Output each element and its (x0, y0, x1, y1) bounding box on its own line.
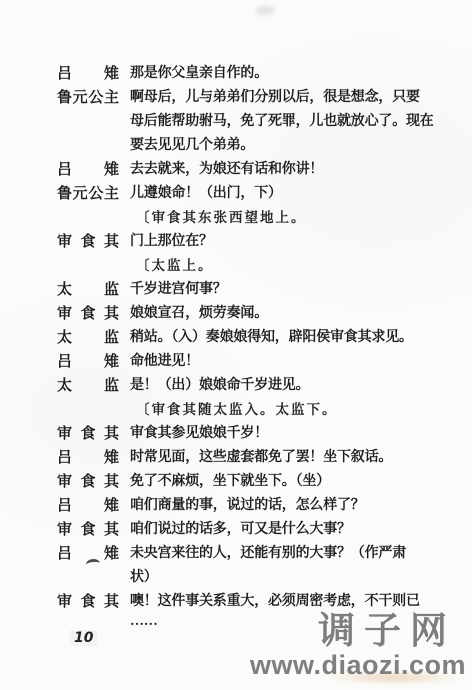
watermark-site-name: 调子网 (318, 612, 456, 649)
continuation-text: 母后能帮助驸马，免了死罪，儿也就放心了。现在 (130, 110, 434, 130)
watermark-site-url: www.diaozi.com (250, 652, 466, 679)
script-line: 审食其 审食其参见娘娘千岁！ (0, 422, 434, 446)
script-line: 吕雉 未央宫来往的人，还能有别的大事？（作严肃 (0, 542, 434, 566)
speaker-name: 审食其 (57, 518, 119, 539)
dialogue-text: 啊母后，儿与弟弟们分别以后，很是想念，只要 (130, 86, 420, 106)
script-line: 吕雉 那是你父皇亲自作的。 (0, 62, 434, 86)
script-line: 要去见见几个弟弟。 (0, 134, 434, 158)
dialogue-text: 去去就来，为娘还有话和你讲！ (130, 158, 323, 178)
speaker-name: 太监 (57, 374, 119, 395)
dialogue-text: 咱们商量的事，说过的话，怎么样了？ (130, 494, 365, 514)
speaker-name: 审食其 (57, 470, 119, 491)
script-line: 吕雉 命他进见！ (0, 350, 434, 374)
dialogue-text: 命他进见！ (130, 350, 199, 370)
script-line: 审食其 免了不麻烦，坐下就坐下。（坐） (0, 470, 434, 494)
speaker-name: 吕雉 (57, 446, 119, 467)
script-line: 鲁元公主 啊母后，儿与弟弟们分别以后，很是想念，只要 (0, 86, 434, 110)
speaker-name: 审食其 (57, 590, 119, 611)
script-line: 母后能帮助驸马，免了死罪，儿也就放心了。现在 (0, 110, 434, 134)
continuation-text: 状） (130, 566, 158, 586)
script-line: 〔太监上。 (0, 254, 434, 278)
speaker-name: 审食其 (57, 302, 119, 323)
dialogue-text: 噢！这件事关系重大，必须周密考虑，不干则已 (130, 590, 420, 610)
dialogue-text: 是！（出）娘娘命千岁进见。 (130, 374, 309, 394)
dialogue-text: 门上那位在？ (130, 230, 213, 250)
script-line: 鲁元公主 儿遵娘命！（出门，下） (0, 182, 434, 206)
script-line: 太监 千岁进宫何事？ (0, 278, 434, 302)
scanned-book-page: 吕雉 那是你父皇亲自作的。 鲁元公主 啊母后，儿与弟弟们分别以后，很是想念，只要… (0, 0, 472, 690)
speaker-name: 吕雉 (57, 158, 119, 179)
speaker-name: 审食其 (57, 230, 119, 251)
script-line: 太监 是！（出）娘娘命千岁进见。 (0, 374, 434, 398)
dialogue-text: 千岁进宫何事？ (130, 278, 227, 298)
script-line: 吕雉 时常见面，这些虚套都免了罢！坐下叙话。 (0, 446, 434, 470)
speaker-name: 鲁元公主 (57, 86, 119, 107)
script-line: 审食其 咱们说过的话多，可又是什么大事？ (0, 518, 434, 542)
script-line: 〔审食其东张西望地上。 (0, 206, 434, 230)
pencil-mark-artifact (86, 558, 101, 569)
scan-smudge (255, 6, 275, 15)
dialogue-text: 免了不麻烦，坐下就坐下。（坐） (130, 470, 330, 490)
speaker-name: 吕雉 (57, 62, 119, 83)
dialogue-text: 审食其参见娘娘千岁！ (130, 422, 268, 442)
script-line: 吕雉 咱们商量的事，说过的话，怎么样了？ (0, 494, 434, 518)
dialogue-text: 儿遵娘命！（出门，下） (130, 182, 282, 202)
dialogue-text: 咱们说过的话多，可又是什么大事？ (130, 518, 351, 538)
script-line: 〔审食其随太监入。太监下。 (0, 398, 434, 422)
speaker-name: 太监 (57, 326, 119, 347)
script-text-block: 吕雉 那是你父皇亲自作的。 鲁元公主 啊母后，儿与弟弟们分别以后，很是想念，只要… (0, 62, 434, 638)
dialogue-text: 稍站。（入）奏娘娘得知，辟阳侯审食其求见。 (130, 326, 413, 346)
dialogue-text: 时常见面，这些虚套都免了罢！坐下叙话。 (130, 446, 392, 466)
speaker-name: 吕雉 (57, 350, 119, 371)
continuation-text: 要去见见几个弟弟。 (130, 134, 254, 154)
continuation-text: …… (130, 614, 158, 630)
speaker-name: 太监 (57, 278, 119, 299)
stage-direction-text: 〔太监上。 (136, 254, 214, 274)
script-line: 审食其 门上那位在？ (0, 230, 434, 254)
stage-direction-text: 〔审食其东张西望地上。 (136, 206, 307, 226)
script-line: 状） (0, 566, 434, 590)
speaker-name: 审食其 (57, 422, 119, 443)
page-number: 10 (70, 630, 97, 646)
script-line: 审食其 娘娘宣召，烦劳奏闻。 (0, 302, 434, 326)
dialogue-text: 未央宫来往的人，还能有别的大事？（作严肃 (130, 542, 406, 562)
speaker-name: 吕雉 (57, 494, 119, 515)
script-line: 吕雉 去去就来，为娘还有话和你讲！ (0, 158, 434, 182)
speaker-name: 鲁元公主 (57, 182, 119, 203)
stage-direction-text: 〔审食其随太监入。太监下。 (136, 398, 338, 418)
dialogue-text: 娘娘宣召，烦劳奏闻。 (130, 302, 268, 322)
dialogue-text: 那是你父皇亲自作的。 (130, 62, 268, 82)
script-line: 太监 稍站。（入）奏娘娘得知，辟阳侯审食其求见。 (0, 326, 434, 350)
